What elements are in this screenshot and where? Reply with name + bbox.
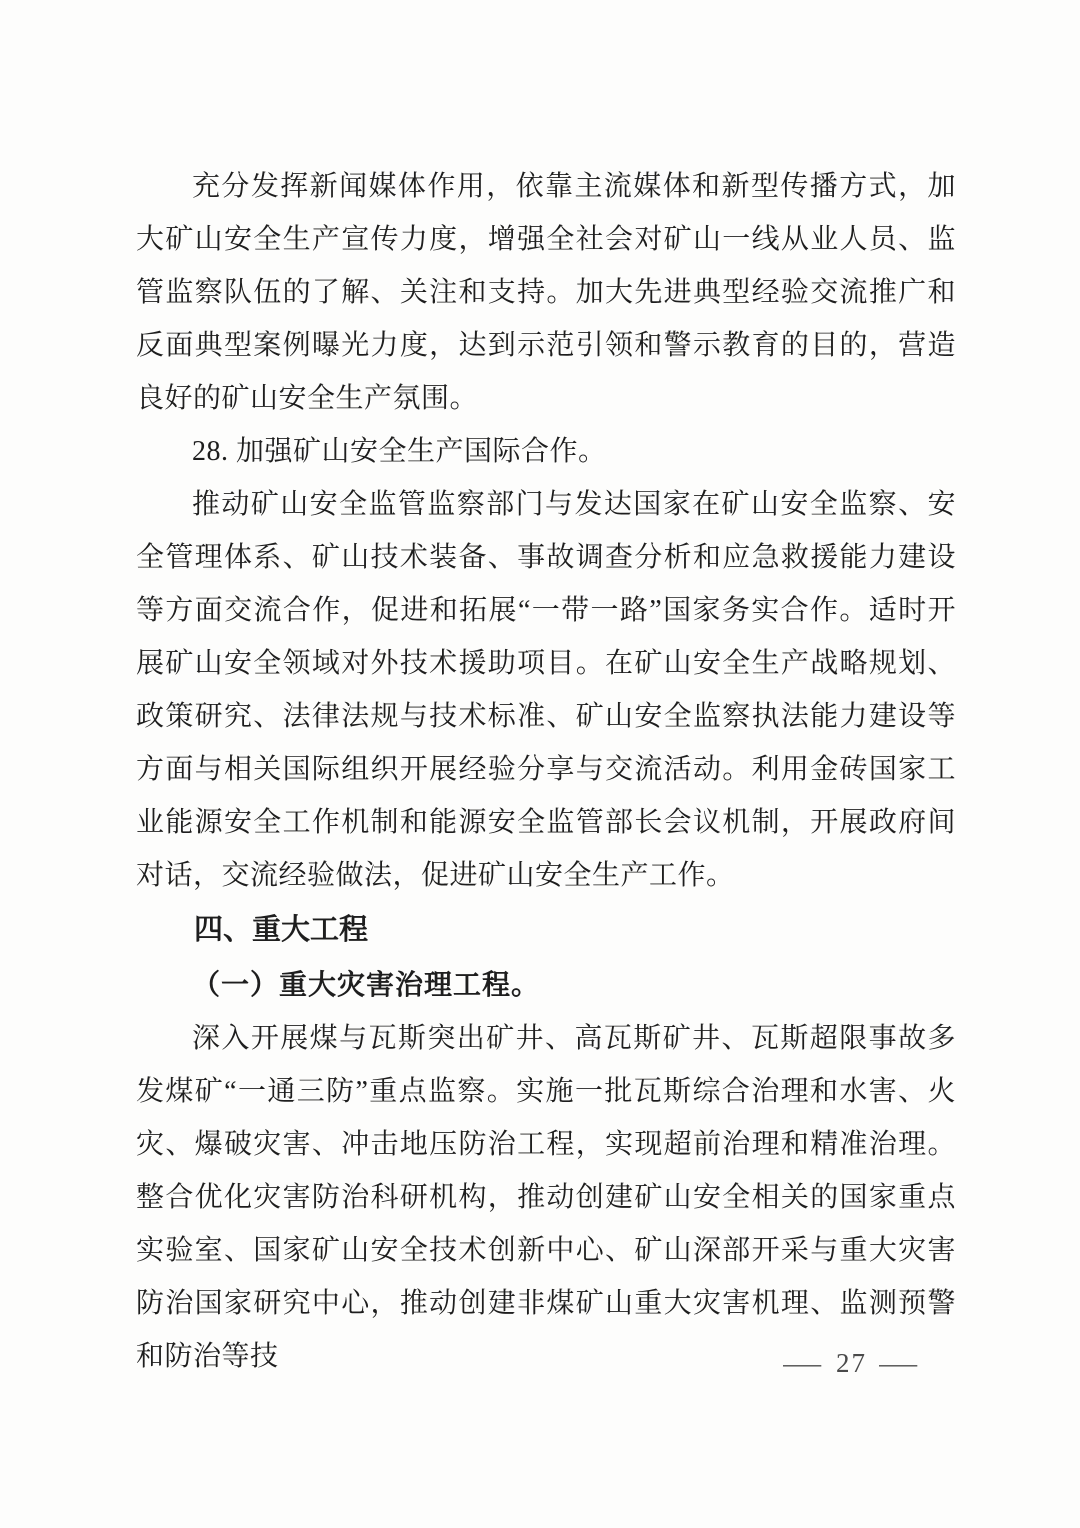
item-heading-28: 28. 加强矿山安全生产国际合作。: [136, 425, 956, 478]
document-content: 充分发挥新闻媒体作用，依靠主流媒体和新型传播方式，加大矿山安全生产宣传力度，增强…: [136, 160, 956, 1383]
section-heading-major-projects: 四、重大工程: [136, 904, 956, 957]
document-page: 充分发挥新闻媒体作用，依靠主流媒体和新型传播方式，加大矿山安全生产宣传力度，增强…: [0, 0, 1080, 1528]
sub-heading-disaster-control-project: （一）重大灾害治理工程。: [136, 959, 956, 1012]
page-footer: — 27 —: [789, 1348, 914, 1379]
paragraph-media-publicity: 充分发挥新闻媒体作用，依靠主流媒体和新型传播方式，加大矿山安全生产宣传力度，增强…: [136, 160, 956, 425]
footer-dash-left: —: [783, 1348, 824, 1379]
paragraph-international-cooperation: 推动矿山安全监管监察部门与发达国家在矿山安全监察、安全管理体系、矿山技术装备、事…: [136, 478, 956, 902]
paragraph-disaster-control: 深入开展煤与瓦斯突出矿井、高瓦斯矿井、瓦斯超限事故多发煤矿“一通三防”重点监察。…: [136, 1012, 956, 1383]
page-number: 27: [836, 1348, 867, 1379]
footer-dash-right: —: [879, 1348, 920, 1379]
